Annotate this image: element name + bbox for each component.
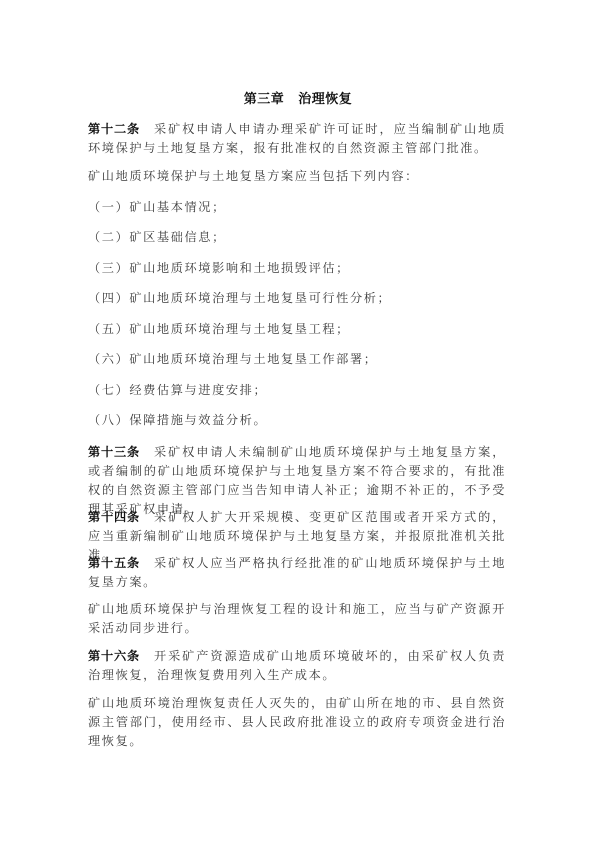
list-intro: 矿山地质环境保护与土地复垦方案应当包括下列内容： bbox=[88, 167, 506, 186]
article-16: 第十六条开采矿产资源造成矿山地质环境破坏的，由采矿权人负责治理恢复，治理恢复费用… bbox=[88, 647, 506, 685]
article-text: 采矿权人应当严格执行经批准的矿山地质环境保护与土地复垦方案。 bbox=[88, 556, 506, 589]
list-item-text: （三）矿山地质环境影响和土地损毁评估； bbox=[88, 261, 350, 275]
paragraph-text: 矿山地质环境保护与治理恢复工程的设计和施工，应当与矿产资源开采活动同步进行。 bbox=[88, 602, 506, 635]
list-item-text: （八）保障措施与效益分析。 bbox=[88, 413, 267, 427]
chapter-title: 治理恢复 bbox=[298, 92, 352, 107]
paragraph: 矿山地质环境保护与治理恢复工程的设计和施工，应当与矿产资源开采活动同步进行。 bbox=[88, 600, 506, 638]
article-label: 第十二条 bbox=[88, 122, 140, 136]
article-15: 第十五条采矿权人应当严格执行经批准的矿山地质环境保护与土地复垦方案。 bbox=[88, 554, 506, 592]
paragraph: 矿山地质环境治理恢复责任人灭失的，由矿山所在地的市、县自然资源主管部门，使用经市… bbox=[88, 694, 506, 751]
list-item-text: （二）矿区基础信息； bbox=[88, 230, 226, 244]
list-item: （四）矿山地质环境治理与土地复垦可行性分析； bbox=[88, 289, 506, 308]
list-item: （七）经费估算与进度安排； bbox=[88, 381, 506, 400]
list-item-text: （六）矿山地质环境治理与土地复垦工作部署； bbox=[88, 352, 378, 366]
article-text: 采矿权申请人申请办理采矿许可证时，应当编制矿山地质环境保护与土地复垦方案，报有批… bbox=[88, 122, 506, 155]
chapter-number: 第三章 bbox=[244, 92, 285, 107]
article-label: 第十五条 bbox=[88, 556, 140, 570]
list-item: （二）矿区基础信息； bbox=[88, 228, 506, 247]
article-text: 采矿权申请人未编制矿山地质环境保护与土地复垦方案，或者编制的矿山地质环境保护与土… bbox=[88, 445, 506, 516]
list-item-text: （四）矿山地质环境治理与土地复垦可行性分析； bbox=[88, 291, 391, 305]
article-label: 第十六条 bbox=[88, 649, 140, 663]
list-item: （八）保障措施与效益分析。 bbox=[88, 411, 506, 430]
list-item: （五）矿山地质环境治理与土地复垦工程； bbox=[88, 320, 506, 339]
list-item: （三）矿山地质环境影响和土地损毁评估； bbox=[88, 259, 506, 278]
article-text: 开采矿产资源造成矿山地质环境破坏的，由采矿权人负责治理恢复，治理恢复费用列入生产… bbox=[88, 649, 506, 682]
paragraph-text: 矿山地质环境治理恢复责任人灭失的，由矿山所在地的市、县自然资源主管部门，使用经市… bbox=[88, 696, 506, 748]
list-item-text: （七）经费估算与进度安排； bbox=[88, 383, 267, 397]
article-label: 第十四条 bbox=[88, 510, 140, 524]
article-label: 第十三条 bbox=[88, 445, 140, 459]
list-item: （六）矿山地质环境治理与土地复垦工作部署； bbox=[88, 350, 506, 369]
paragraph-text: 矿山地质环境保护与土地复垦方案应当包括下列内容： bbox=[88, 169, 419, 183]
list-item-text: （一）矿山基本情况； bbox=[88, 200, 226, 214]
chapter-heading: 第三章治理恢复 bbox=[88, 88, 508, 107]
article-12: 第十二条采矿权申请人申请办理采矿许可证时，应当编制矿山地质环境保护与土地复垦方案… bbox=[88, 120, 506, 158]
list-item: （一）矿山基本情况； bbox=[88, 198, 506, 217]
list-item-text: （五）矿山地质环境治理与土地复垦工程； bbox=[88, 322, 350, 336]
